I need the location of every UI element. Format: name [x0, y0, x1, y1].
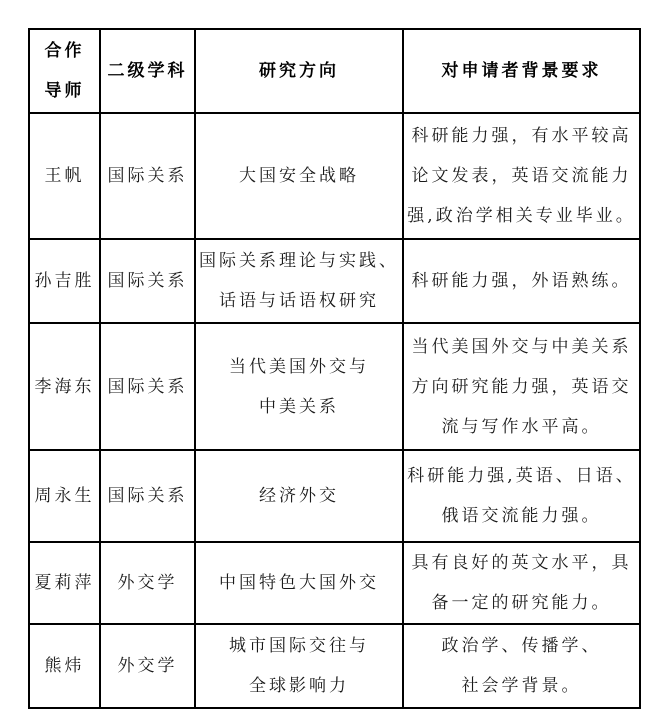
applicant-requirements: 具有良好的英文水平，具 备一定的研究能力。 — [403, 542, 640, 624]
requirements-line: 具有良好的英文水平，具 — [404, 543, 639, 583]
direction-line: 经济外交 — [196, 476, 402, 516]
advisor-name: 周永生 — [29, 450, 100, 542]
header-advisor-line-1: 合作 — [30, 31, 99, 71]
requirements-line: 科研能力强，外语熟练。 — [404, 261, 639, 301]
table-row: 孙吉胜 国际关系 国际关系理论与实践、 话语与话语权研究 科研能力强，外语熟练。 — [29, 239, 640, 323]
header-direction: 研究方向 — [195, 29, 403, 113]
requirements-line: 备一定的研究能力。 — [404, 583, 639, 623]
research-direction: 国际关系理论与实践、 话语与话语权研究 — [195, 239, 403, 323]
direction-line: 中美关系 — [196, 387, 402, 427]
discipline: 外交学 — [100, 624, 195, 708]
direction-line: 城市国际交往与 — [196, 626, 402, 666]
advisor-name: 李海东 — [29, 323, 100, 450]
advisor-name: 夏莉萍 — [29, 542, 100, 624]
discipline: 外交学 — [100, 542, 195, 624]
requirements-line: 当代美国外交与中美关系 — [404, 327, 639, 367]
direction-line: 中国特色大国外交 — [196, 563, 402, 603]
table-row: 王帆 国际关系 大国安全战略 科研能力强，有水平较高 论文发表，英语交流能力 强… — [29, 113, 640, 239]
discipline: 国际关系 — [100, 450, 195, 542]
requirements-line: 科研能力强，有水平较高 — [404, 116, 639, 156]
advisor-name: 孙吉胜 — [29, 239, 100, 323]
header-advisor: 合作 导师 — [29, 29, 100, 113]
table-row: 李海东 国际关系 当代美国外交与 中美关系 当代美国外交与中美关系 方向研究能力… — [29, 323, 640, 450]
requirements-line: 俄语交流能力强。 — [404, 496, 639, 536]
requirements-line: 论文发表，英语交流能力 — [404, 156, 639, 196]
discipline: 国际关系 — [100, 239, 195, 323]
advisor-name: 王帆 — [29, 113, 100, 239]
requirements-line: 方向研究能力强，英语交 — [404, 367, 639, 407]
applicant-requirements: 科研能力强，外语熟练。 — [403, 239, 640, 323]
discipline: 国际关系 — [100, 323, 195, 450]
table-row: 夏莉萍 外交学 中国特色大国外交 具有良好的英文水平，具 备一定的研究能力。 — [29, 542, 640, 624]
requirements-line: 科研能力强,英语、日语、 — [404, 456, 639, 496]
applicant-requirements: 科研能力强，有水平较高 论文发表，英语交流能力 强,政治学相关专业毕业。 — [403, 113, 640, 239]
direction-line: 国际关系理论与实践、 — [196, 241, 402, 281]
research-direction: 经济外交 — [195, 450, 403, 542]
advisor-table: 合作 导师 二级学科 研究方向 对申请者背景要求 王帆 国际关系 大国安全战略 … — [28, 28, 641, 709]
research-direction: 城市国际交往与 全球影响力 — [195, 624, 403, 708]
requirements-line: 政治学、传播学、 — [404, 626, 639, 666]
research-direction: 中国特色大国外交 — [195, 542, 403, 624]
requirements-line: 流与写作水平高。 — [404, 407, 639, 447]
header-requirements: 对申请者背景要求 — [403, 29, 640, 113]
applicant-requirements: 科研能力强,英语、日语、 俄语交流能力强。 — [403, 450, 640, 542]
direction-line: 大国安全战略 — [196, 156, 402, 196]
table-row: 熊炜 外交学 城市国际交往与 全球影响力 政治学、传播学、 社会学背景。 — [29, 624, 640, 708]
discipline: 国际关系 — [100, 113, 195, 239]
table-row: 周永生 国际关系 经济外交 科研能力强,英语、日语、 俄语交流能力强。 — [29, 450, 640, 542]
header-advisor-line-2: 导师 — [30, 71, 99, 111]
header-row: 合作 导师 二级学科 研究方向 对申请者背景要求 — [29, 29, 640, 113]
requirements-line: 社会学背景。 — [404, 666, 639, 706]
research-direction: 大国安全战略 — [195, 113, 403, 239]
direction-line: 当代美国外交与 — [196, 347, 402, 387]
advisor-name: 熊炜 — [29, 624, 100, 708]
applicant-requirements: 当代美国外交与中美关系 方向研究能力强，英语交 流与写作水平高。 — [403, 323, 640, 450]
direction-line: 话语与话语权研究 — [196, 281, 402, 321]
research-direction: 当代美国外交与 中美关系 — [195, 323, 403, 450]
header-discipline: 二级学科 — [100, 29, 195, 113]
requirements-line: 强,政治学相关专业毕业。 — [404, 196, 639, 236]
applicant-requirements: 政治学、传播学、 社会学背景。 — [403, 624, 640, 708]
direction-line: 全球影响力 — [196, 666, 402, 706]
